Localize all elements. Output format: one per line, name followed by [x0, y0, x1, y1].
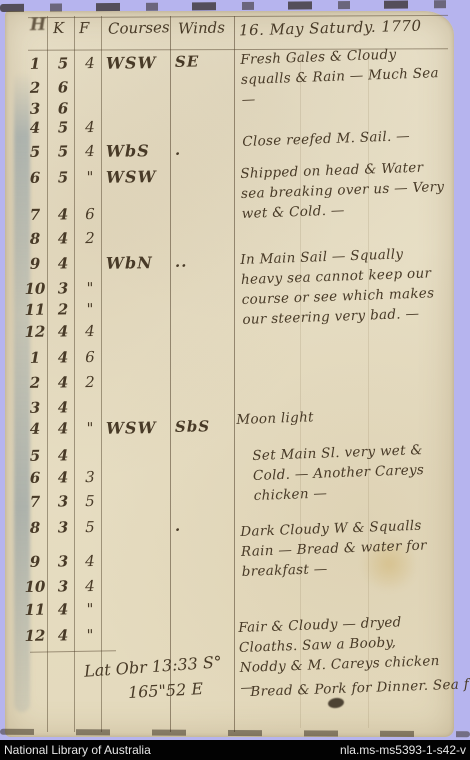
cell-fathoms: 2: [79, 373, 101, 391]
cell-hour: 9: [22, 553, 48, 571]
cell-wind: [175, 396, 231, 397]
cell-wind: [175, 277, 231, 278]
cell-course: [106, 599, 170, 600]
cell-wind: [175, 598, 231, 599]
cell-hour: 12: [22, 323, 48, 341]
catalogue-id-label: nla.ms-ms5393-1-s42-v: [340, 743, 466, 757]
library-name-label: National Library of Australia: [4, 743, 151, 757]
cell-fathoms: 4: [79, 577, 101, 595]
cell-course: [106, 625, 170, 626]
cell-hour: 1: [22, 55, 48, 73]
cell-knots: 4: [52, 600, 74, 618]
cell-fathoms: 5: [79, 518, 101, 536]
cell-knots: 5: [52, 142, 74, 160]
cell-hour: 6: [22, 469, 48, 487]
cell-wind: ..: [175, 252, 231, 271]
cell-hour: 8: [22, 519, 48, 537]
remark-entry: Set Main Sl. very wet & Cold. — Another …: [252, 439, 450, 506]
cell-hour: 10: [22, 280, 48, 298]
cell-knots: 4: [52, 626, 74, 644]
cell-hour: 5: [22, 143, 48, 161]
remark-entry: Fresh Gales & Cloudy squalls & Rain — Mu…: [240, 43, 448, 110]
cell-fathoms: ": [79, 600, 101, 618]
cell-knots: 6: [52, 99, 74, 117]
cell-wind: [175, 76, 231, 77]
cell-fathoms: ": [79, 168, 101, 186]
cell-course: [106, 491, 170, 492]
cell-hour: 12: [22, 627, 48, 645]
cell-knots: 4: [52, 254, 74, 272]
cell-course: [106, 576, 170, 577]
cell-fathoms: ": [79, 626, 101, 644]
column-header-hours: H: [30, 15, 47, 35]
cell-hour: 7: [22, 206, 48, 224]
remark-entry: Dark Cloudy W & Squalls Rain — Bread & w…: [240, 515, 448, 582]
cell-course: [106, 98, 170, 99]
cell-course: WSW: [106, 418, 170, 438]
cell-wind: [175, 575, 231, 576]
cell-wind: [175, 444, 231, 445]
cell-fathoms: 4: [79, 54, 101, 72]
column-header-knots: K: [53, 19, 65, 37]
column-header-courses: Courses: [108, 18, 170, 38]
cell-knots: 4: [52, 398, 74, 416]
cell-fathoms: ": [79, 419, 101, 437]
cell-wind: [175, 116, 231, 117]
cell-course: WbS: [106, 141, 170, 161]
cell-hour: 2: [22, 79, 48, 97]
cell-knots: 3: [52, 518, 74, 536]
cell-hour: 11: [22, 601, 48, 619]
cell-knots: 3: [52, 492, 74, 510]
cell-course: WbN: [106, 253, 170, 273]
cell-fathoms: ": [79, 300, 101, 318]
cell-wind: [175, 371, 231, 372]
cell-course: [106, 347, 170, 348]
cell-wind: SE: [175, 52, 231, 71]
cell-wind: [175, 97, 231, 98]
cell-knots: 4: [52, 419, 74, 437]
cell-hour: 3: [22, 100, 48, 118]
cell-fathoms: 4: [79, 118, 101, 136]
cell-course: [106, 467, 170, 468]
cell-hour: 2: [22, 374, 48, 392]
cell-course: [106, 77, 170, 78]
cell-knots: 3: [52, 552, 74, 570]
cell-wind: [175, 490, 231, 491]
cell-hour: 11: [22, 301, 48, 319]
cell-wind: [175, 298, 231, 299]
remark-entry: In Main Sail — Squally heavy sea cannot …: [240, 243, 449, 330]
cell-wind: [175, 550, 231, 551]
column-header-winds: Winds: [178, 18, 225, 37]
cell-knots: 5: [52, 118, 74, 136]
cell-wind: .: [175, 516, 231, 535]
cell-course: [106, 117, 170, 118]
cell-hour: 1: [22, 349, 48, 367]
cell-course: WSW: [106, 167, 170, 187]
cell-hour: 4: [22, 420, 48, 438]
remark-entry: Shipped on head & Water sea breaking ove…: [240, 157, 448, 224]
scanned-logbook-photo: H K F Courses Winds 16. May Saturdy. 177…: [0, 0, 470, 760]
cell-course: [106, 372, 170, 373]
cell-hour: 9: [22, 255, 48, 273]
cell-knots: 6: [52, 78, 74, 96]
cell-hour: 6: [22, 169, 48, 187]
cell-knots: 4: [52, 205, 74, 223]
cell-knots: 5: [52, 168, 74, 186]
cell-knots: 4: [52, 229, 74, 247]
cell-wind: [175, 166, 231, 167]
column-header-fathoms: F: [79, 19, 90, 37]
image-caption-bar: National Library of Australia nla.ms-ms5…: [0, 740, 470, 760]
cell-knots: 3: [52, 279, 74, 297]
cell-wind: [175, 346, 231, 347]
cell-course: [106, 228, 170, 229]
cell-wind: [175, 203, 231, 204]
cell-course: [106, 278, 170, 279]
cell-course: [106, 299, 170, 300]
cell-knots: 2: [52, 300, 74, 318]
cell-course: [106, 204, 170, 205]
cell-knots: 4: [52, 373, 74, 391]
cell-fathoms: 4: [79, 552, 101, 570]
cell-fathoms: 4: [79, 142, 101, 160]
cell-hour: 5: [22, 447, 48, 465]
cell-knots: 4: [52, 322, 74, 340]
cell-wind: [175, 320, 231, 321]
cell-wind: SbS: [175, 417, 231, 436]
longitude-observed: 165"52 E: [128, 679, 204, 702]
cell-wind: [175, 227, 231, 228]
cell-knots: 4: [52, 468, 74, 486]
cell-course: WSW: [106, 53, 170, 73]
cell-knots: 4: [52, 348, 74, 366]
cell-course: [106, 551, 170, 552]
cell-knots: 3: [52, 577, 74, 595]
cell-knots: 4: [52, 446, 74, 464]
cell-fathoms: 2: [79, 229, 101, 247]
cell-fathoms: 3: [79, 468, 101, 486]
cell-hour: 4: [22, 119, 48, 137]
cell-course: [106, 397, 170, 398]
cell-wind: [175, 466, 231, 467]
cell-fathoms: 4: [79, 322, 101, 340]
cell-hour: 7: [22, 493, 48, 511]
cell-fathoms: 6: [79, 348, 101, 366]
cell-course: [106, 445, 170, 446]
cell-hour: 8: [22, 230, 48, 248]
cell-hour: 3: [22, 399, 48, 417]
cell-wind: [175, 624, 231, 625]
cell-fathoms: 5: [79, 492, 101, 510]
cell-wind: .: [175, 140, 231, 159]
cell-course: [106, 517, 170, 518]
cell-knots: 5: [52, 54, 74, 72]
cell-course: [106, 321, 170, 322]
cell-fathoms: ": [79, 279, 101, 297]
cell-fathoms: 6: [79, 205, 101, 223]
cell-hour: 10: [22, 578, 48, 596]
